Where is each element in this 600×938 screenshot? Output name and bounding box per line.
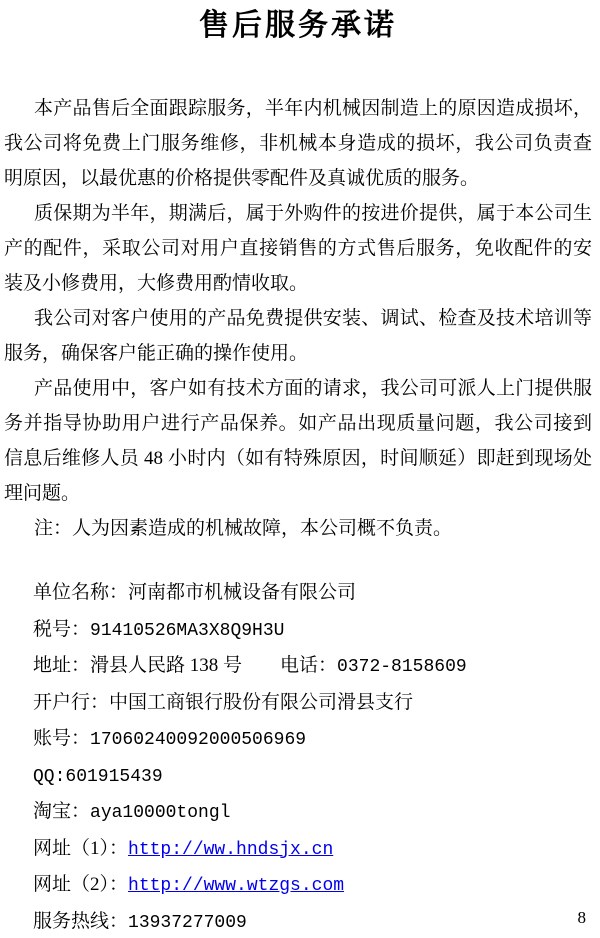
account-value: 17060240092000506969	[90, 730, 306, 750]
website1-label: 网址（1）：	[33, 838, 128, 859]
qq-label: QQ:	[33, 767, 65, 787]
website2-label: 网址（2）：	[33, 874, 128, 895]
address-value: 滑县人民路 138 号	[90, 655, 242, 676]
company-info-block: 单位名称：河南都市机械设备有限公司 税号：91410526MA3X8Q9H3U …	[4, 575, 592, 938]
page-number: 8	[578, 908, 587, 928]
paragraph-free-installation: 我公司对客户使用的产品免费提供安装、调试、检查及技术培训等服务，确保客户能正确的…	[4, 301, 592, 371]
phone-label: 电话：	[280, 655, 337, 676]
page-title: 售后服务承诺	[4, 8, 592, 44]
taobao-label: 淘宝：	[33, 801, 90, 822]
taobao-value: aya10000tongl	[90, 803, 230, 823]
info-line-hotline: 服务热线：13937277009	[33, 904, 592, 938]
qq-value: 601915439	[65, 767, 162, 787]
tax-id-value: 91410526MA3X8Q9H3U	[90, 621, 284, 641]
paragraph-tracking-service: 本产品售后全面跟踪服务，半年内机械因制造上的原因造成损坏，我公司将免费上门服务维…	[4, 91, 592, 196]
info-line-tax-id: 税号：91410526MA3X8Q9H3U	[33, 612, 592, 649]
info-line-account: 账号：17060240092000506969	[33, 721, 592, 758]
website2-link[interactable]: http://www.wtzgs.com	[128, 876, 344, 896]
tax-id-label: 税号：	[33, 619, 90, 640]
account-label: 账号：	[33, 728, 90, 749]
bank-value: 中国工商银行股份有限公司滑县支行	[109, 692, 413, 713]
bank-label: 开户行：	[33, 692, 109, 713]
company-name-value: 河南都市机械设备有限公司	[128, 582, 356, 603]
website1-link[interactable]: http://ww.hndsjx.cn	[128, 840, 333, 860]
info-line-company-name: 单位名称：河南都市机械设备有限公司	[33, 575, 592, 612]
info-line-taobao: 淘宝：aya10000tongl	[33, 794, 592, 831]
info-line-address-phone: 地址：滑县人民路 138 号电话：0372-8158609	[33, 648, 592, 685]
hotline-label: 服务热线：	[33, 911, 128, 932]
phone-value: 0372-8158609	[337, 657, 467, 677]
info-line-website1: 网址（1）：http://ww.hndsjx.cn	[33, 831, 592, 868]
hotline-value: 13937277009	[128, 913, 247, 933]
company-name-label: 单位名称：	[33, 582, 128, 603]
paragraph-onsite-support: 产品使用中，客户如有技术方面的请求，我公司可派人上门提供服务并指导协助用户进行产…	[4, 371, 592, 511]
body-text: 本产品售后全面跟踪服务，半年内机械因制造上的原因造成损坏，我公司将免费上门服务维…	[4, 91, 592, 546]
paragraph-warranty-period: 质保期为半年，期满后，属于外购件的按进价提供，属于本公司生产的配件，采取公司对用…	[4, 196, 592, 301]
info-line-qq: QQ:601915439	[33, 758, 592, 795]
info-line-website2: 网址（2）：http://www.wtzgs.com	[33, 867, 592, 904]
address-label: 地址：	[33, 655, 90, 676]
document-page: 售后服务承诺 本产品售后全面跟踪服务，半年内机械因制造上的原因造成损坏，我公司将…	[0, 0, 600, 938]
paragraph-disclaimer-note: 注：人为因素造成的机械故障，本公司概不负责。	[4, 511, 592, 546]
info-line-bank: 开户行：中国工商银行股份有限公司滑县支行	[33, 685, 592, 722]
